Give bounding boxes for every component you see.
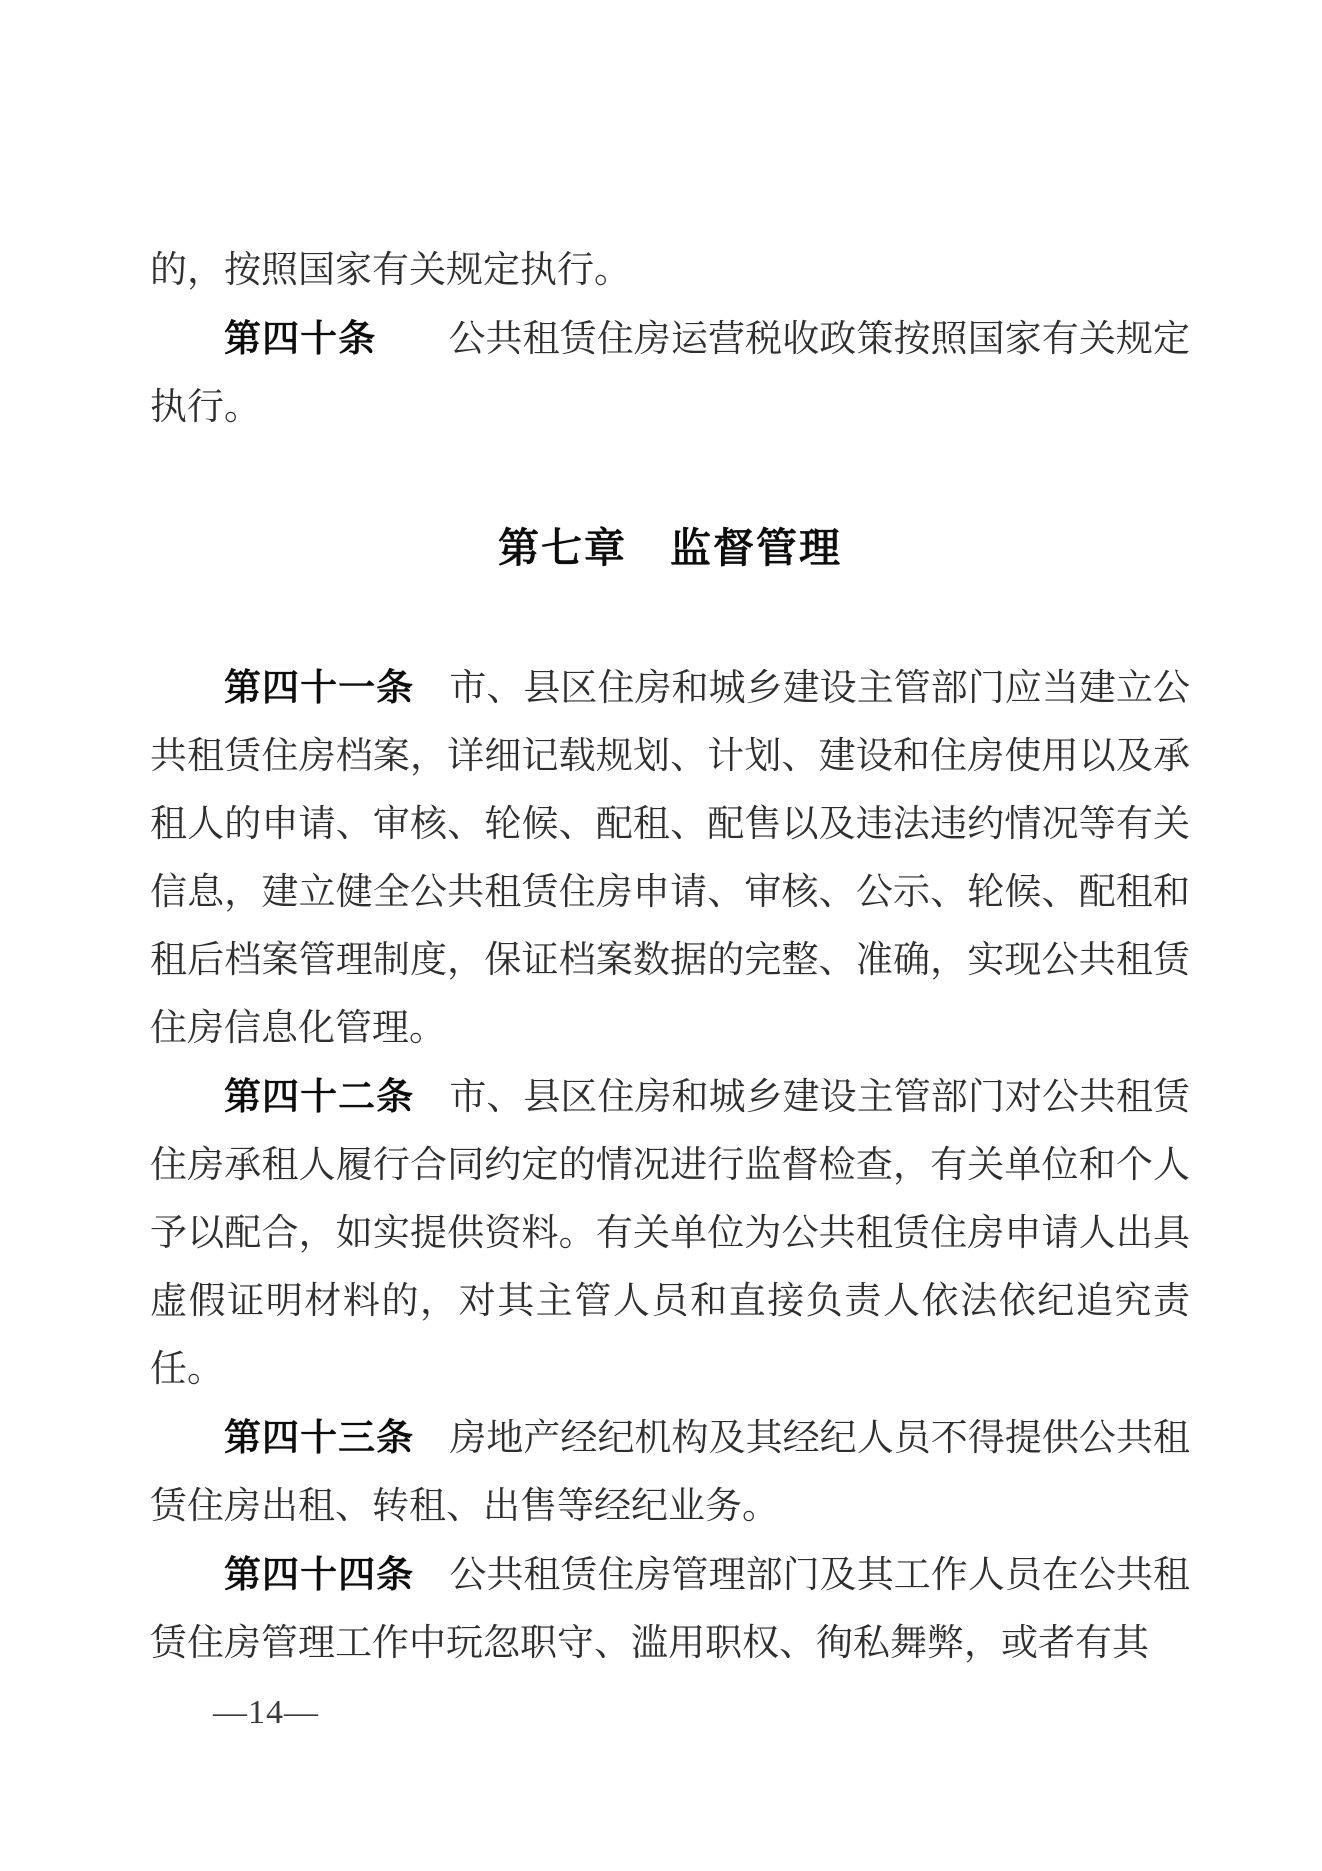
text-column: 的，按照国家有关规定执行。 第四十条公共租赁住房运营税收政策按照国家有关规定执行… [0,0,1322,1871]
page-number: —14— [213,1688,1190,1738]
paragraph-article-41: 第四十一条市、县区住房和城乡建设主管部门应当建立公共租赁住房档案，详细记载规划、… [150,654,1190,1063]
continuation-paragraph: 的，按照国家有关规定执行。 [150,237,1190,305]
paragraph-article-40: 第四十条公共租赁住房运营税收政策按照国家有关规定执行。 [150,305,1190,442]
article-42-text: 市、县区住房和城乡建设主管部门对公共租赁住房承租人履行合同约定的情况进行监督检查… [150,1077,1190,1390]
chapter-heading: 第七章 监督管理 [150,514,1190,582]
article-42-number-label: 第四十二条 [224,1076,414,1117]
article-41-number-label: 第四十一条 [224,667,414,708]
paragraph-article-42: 第四十二条市、县区住房和城乡建设主管部门对公共租赁住房承租人履行合同约定的情况进… [150,1063,1190,1404]
document-page: 的，按照国家有关规定执行。 第四十条公共租赁住房运营税收政策按照国家有关规定执行… [0,0,1322,1871]
paragraph-article-44: 第四十四条公共租赁住房管理部门及其工作人员在公共租赁住房管理工作中玩忽职守、滥用… [150,1541,1190,1678]
article-41-text: 市、县区住房和城乡建设主管部门应当建立公共租赁住房档案，详细记载规划、计划、建设… [150,668,1190,1049]
article-40-number-label: 第四十条 [224,318,376,359]
paragraph-article-43: 第四十三条房地产经纪机构及其经纪人员不得提供公共租赁住房出租、转租、出售等经纪业… [150,1404,1190,1541]
article-43-number-label: 第四十三条 [224,1417,414,1458]
article-44-number-label: 第四十四条 [224,1554,414,1595]
